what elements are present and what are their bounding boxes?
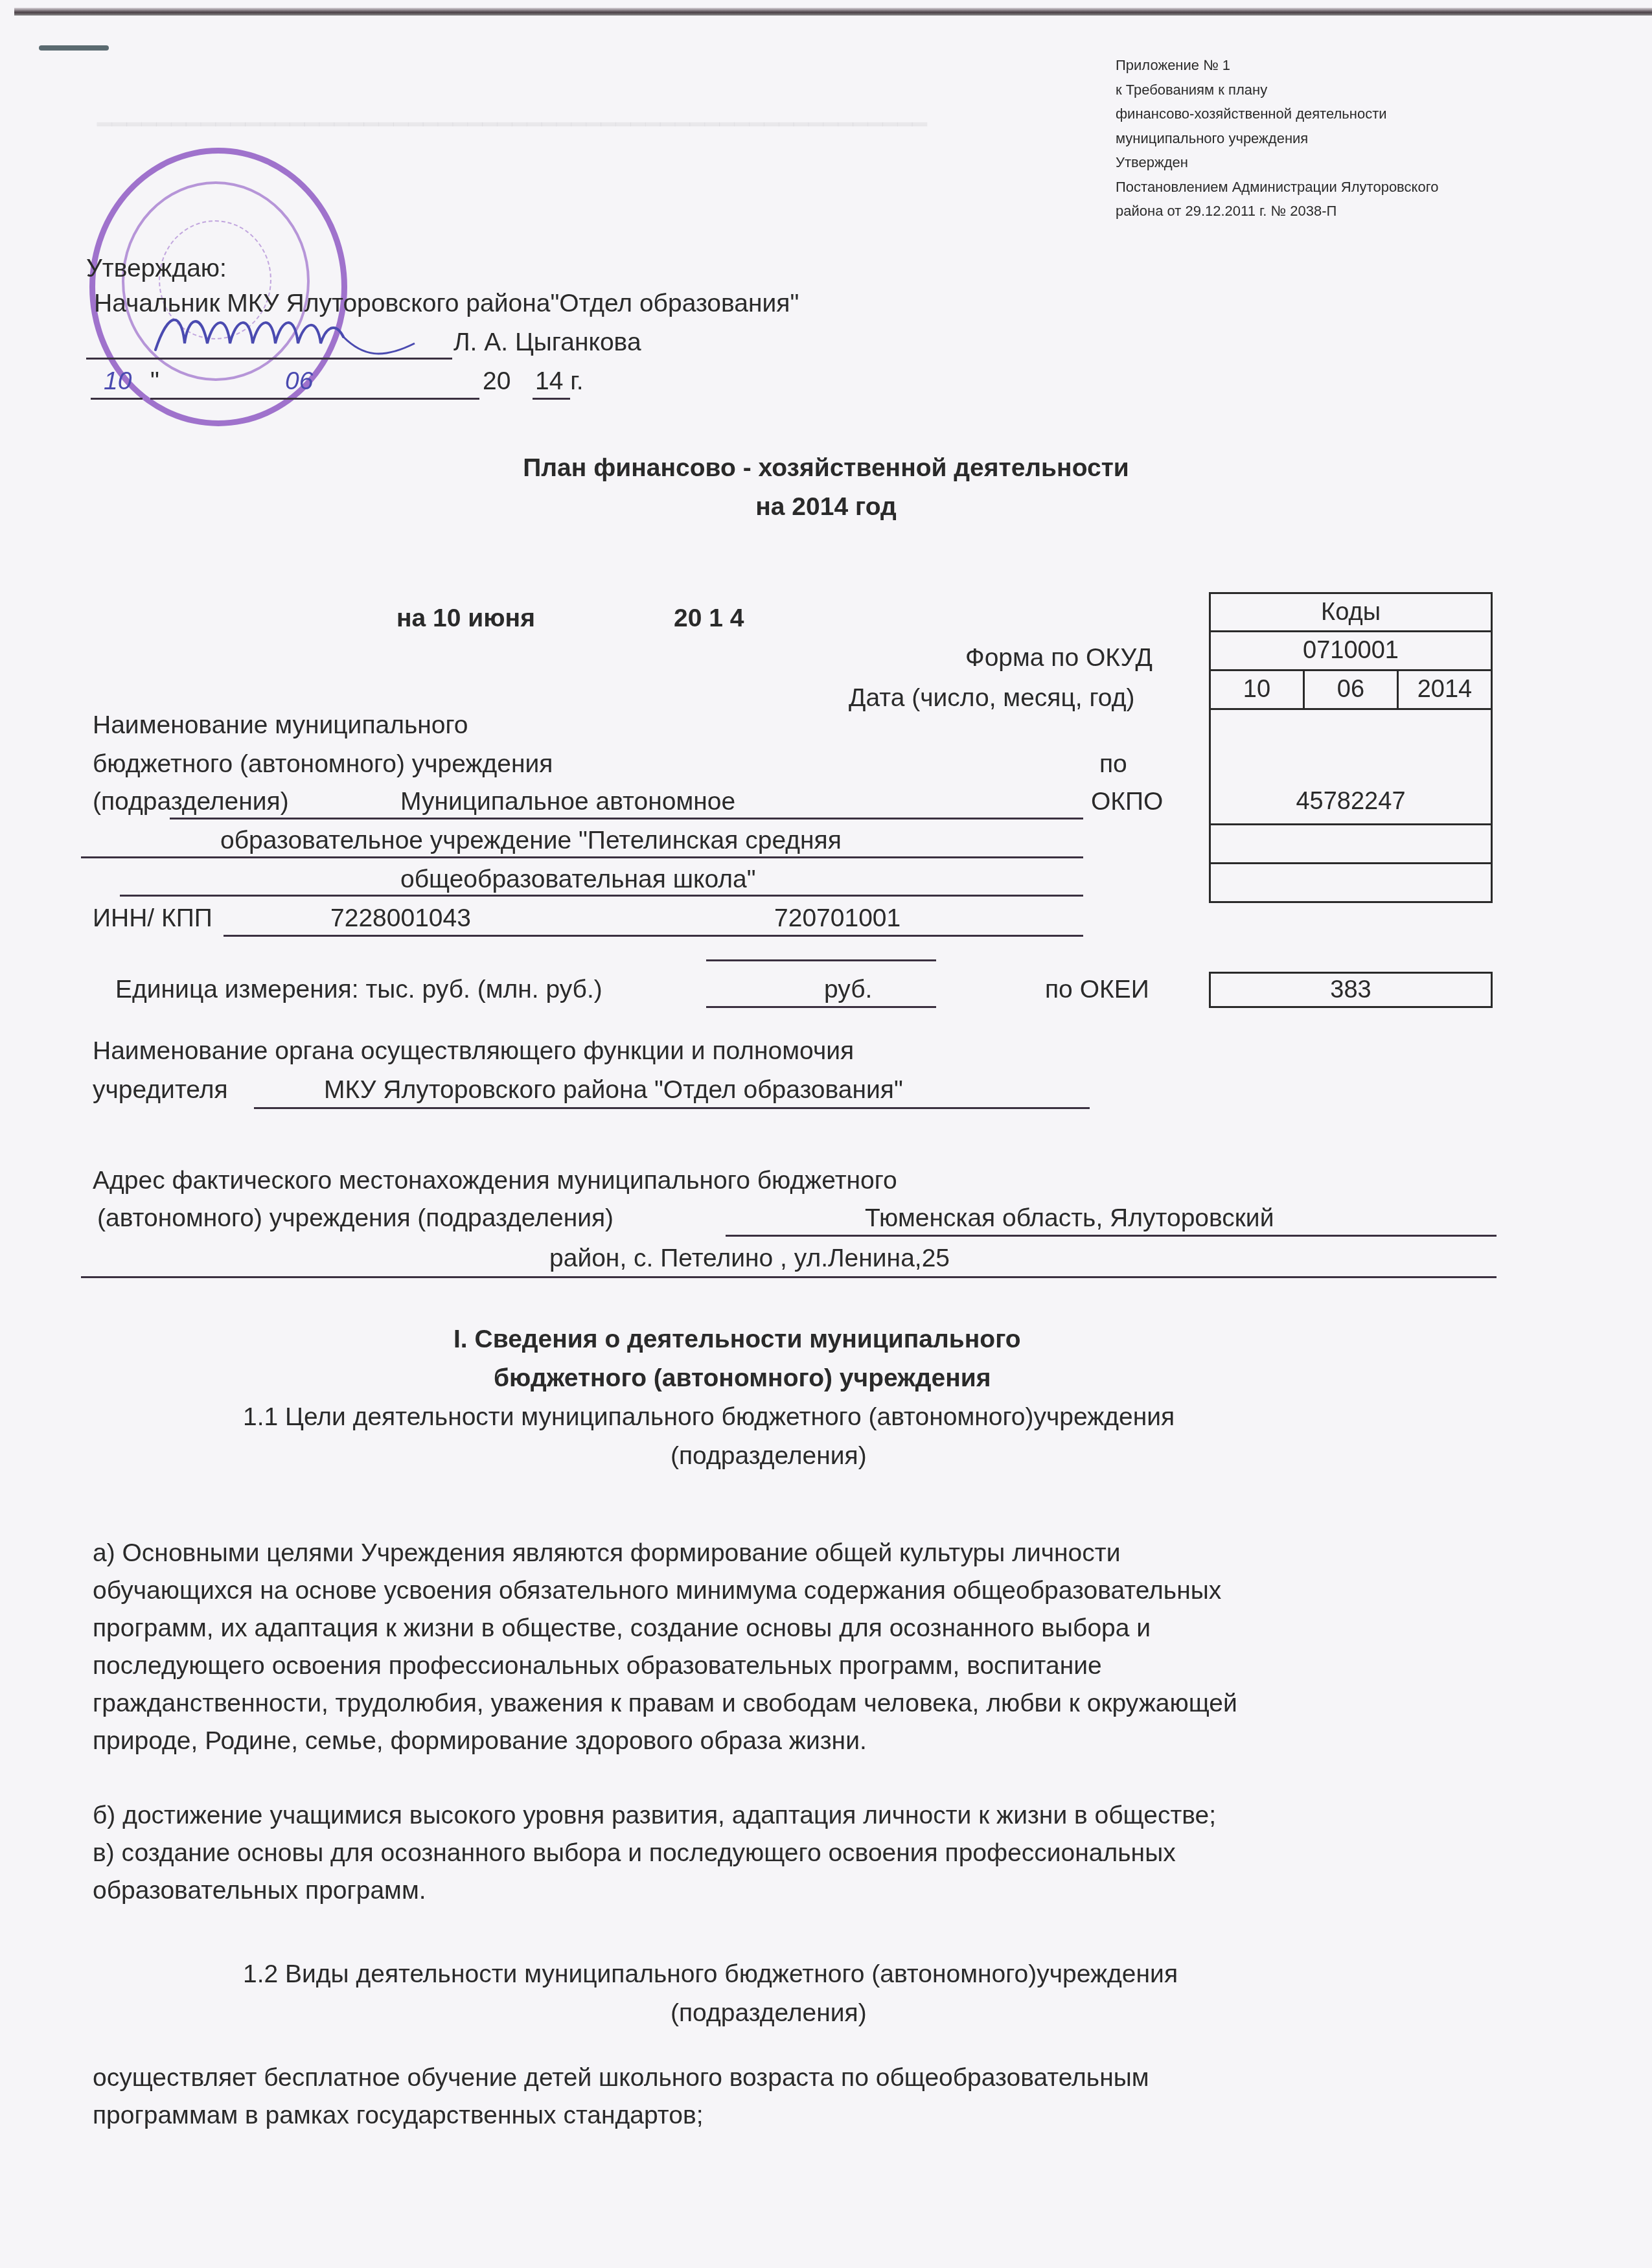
approval-year-suffix: 14 г. <box>535 367 584 396</box>
org-line-3 <box>120 895 1083 897</box>
okud-label: Форма по ОКУД <box>965 643 1153 673</box>
codes-table: Коды 0710001 10 06 2014 45782247 <box>1209 592 1493 903</box>
subsection-1-1-title-2: (подразделения) <box>671 1441 867 1471</box>
org-name-1: Муниципальное автономное <box>400 787 735 817</box>
approver-position: Начальник МКУ Ялуторовского района"Отдел… <box>94 289 799 319</box>
approval-quote: " <box>150 367 159 396</box>
subsection-1-2-title-2: (подразделения) <box>671 1999 867 2028</box>
unit-top-line <box>706 959 936 961</box>
appendix-line: Утвержден <box>1116 150 1438 175</box>
founder-name: МКУ Ялуторовского района "Отдел образова… <box>324 1075 903 1105</box>
address-label-1: Адрес фактического местонахождения муниц… <box>93 1166 897 1196</box>
org-line-1 <box>170 818 1083 819</box>
org-label-3: (подразделения) <box>93 787 289 817</box>
goal-a-line: программ, их адаптация к жизни в обществ… <box>93 1614 1151 1644</box>
kpp-value: 720701001 <box>774 904 901 934</box>
signature-line <box>86 358 452 360</box>
approval-month: 06 <box>285 367 313 396</box>
goal-b: б) достижение учащимися высокого уровня … <box>93 1801 1216 1831</box>
goal-a-line: последующего освоения профессиональных о… <box>93 1651 1102 1681</box>
address-line-1: Тюменская область, Ялуторовский <box>865 1204 1274 1233</box>
okpo-code: 45782247 <box>1211 710 1491 825</box>
org-label-2: бюджетного (автономного) учреждения <box>93 750 553 779</box>
okei-code: 383 <box>1209 972 1493 1008</box>
appendix-line: Постановлением Администрации Ялуторовско… <box>1116 175 1438 200</box>
unit-value: руб. <box>824 975 872 1005</box>
date-label: Дата (число, месяц, год) <box>849 683 1134 713</box>
founder-line <box>254 1107 1090 1109</box>
goal-a-line: а) Основными целями Учреждения являются … <box>93 1539 1120 1568</box>
day-line <box>91 398 143 400</box>
appendix-line: района от 29.12.2011 г. № 2038-П <box>1116 199 1438 223</box>
as-of-date: на 10 июня <box>396 604 535 634</box>
section-1-title-2: бюджетного (автономного) учреждения <box>494 1364 991 1393</box>
founder-label-1: Наименование органа осуществляющего функ… <box>93 1037 854 1066</box>
inn-kpp-line <box>224 935 1083 937</box>
codes-header: Коды <box>1211 594 1491 632</box>
approver-name: Л. А. Цыганкова <box>453 328 641 358</box>
document-subtitle: на 2014 год <box>0 492 1652 522</box>
address-underline-1 <box>726 1235 1497 1237</box>
document-title: План финансово - хозяйственной деятельно… <box>0 453 1652 483</box>
approve-label: Утверждаю: <box>86 254 227 284</box>
subsection-1-2-title: 1.2 Виды деятельности муниципального бюд… <box>243 1960 1178 1989</box>
date-month-code: 06 <box>1303 671 1397 708</box>
org-line-2 <box>81 856 1083 858</box>
okpo-label: ОКПО <box>1091 787 1163 817</box>
activity-line-2: программам в рамках государственных стан… <box>93 2101 704 2131</box>
goal-a-line: гражданственности, трудолюбия, уважения … <box>93 1689 1237 1719</box>
goal-a-line: природе, Родине, семье, формирование здо… <box>93 1726 867 1756</box>
unit-line <box>706 1006 936 1008</box>
activity-line-1: осуществляет бесплатное обучение детей ш… <box>93 2063 1149 2093</box>
okei-label: по ОКЕИ <box>1045 975 1149 1005</box>
appendix-line: муниципального учреждения <box>1116 126 1438 151</box>
date-year-code: 2014 <box>1397 671 1491 708</box>
org-name-2: образовательное учреждение "Петелинская … <box>220 826 842 856</box>
scan-top-edge <box>14 8 1652 16</box>
bleed-through-text: ━━━━━━━━━━━━━━━━━━━━━━━━━━━━━━━━━━━━━━━━… <box>97 110 927 139</box>
as-of-year: 20 1 4 <box>674 604 744 634</box>
address-label-2: (автономного) учреждения (подразделения) <box>97 1204 614 1233</box>
unit-label: Единица измерения: тыс. руб. (млн. руб.) <box>115 975 602 1005</box>
inn-value: 7228001043 <box>330 904 471 934</box>
pen-mark <box>39 45 109 51</box>
founder-label-2: учредителя <box>93 1075 228 1105</box>
appendix-line: финансово-хозяйственной деятельности <box>1116 102 1438 126</box>
year-line <box>533 398 570 400</box>
inn-kpp-label: ИНН/ КПП <box>93 904 212 934</box>
okud-code: 0710001 <box>1211 632 1491 671</box>
appendix-note: Приложение № 1 к Требованиям к плану фин… <box>1116 53 1438 223</box>
address-line-2: район, с. Петелино , ул.Ленина,25 <box>549 1244 950 1274</box>
subsection-1-1-title: 1.1 Цели деятельности муниципального бюд… <box>243 1403 1175 1432</box>
month-line <box>150 398 479 400</box>
appendix-line: к Требованиям к плану <box>1116 78 1438 102</box>
section-1-title: I. Сведения о деятельности муниципальног… <box>453 1325 1021 1355</box>
approval-day: 10 <box>104 367 132 396</box>
goal-c-line-2: образовательных программ. <box>93 1876 426 1906</box>
org-name-3: общеобразовательная школа" <box>400 865 756 895</box>
goal-c-line-1: в) создание основы для осознанного выбор… <box>93 1838 1176 1868</box>
date-day-code: 10 <box>1211 671 1303 708</box>
goal-a-line: обучающихся на основе усвоения обязатель… <box>93 1576 1221 1606</box>
org-label-1: Наименование муниципального <box>93 711 468 740</box>
inn-codes-empty-row <box>1211 864 1491 901</box>
appendix-line: Приложение № 1 <box>1116 53 1438 78</box>
address-underline-2 <box>81 1276 1497 1278</box>
okpo-label-po: по <box>1099 750 1127 779</box>
date-codes-row: 10 06 2014 <box>1211 671 1491 710</box>
codes-empty-row <box>1211 825 1491 864</box>
approval-year-prefix: 20 <box>483 367 511 396</box>
